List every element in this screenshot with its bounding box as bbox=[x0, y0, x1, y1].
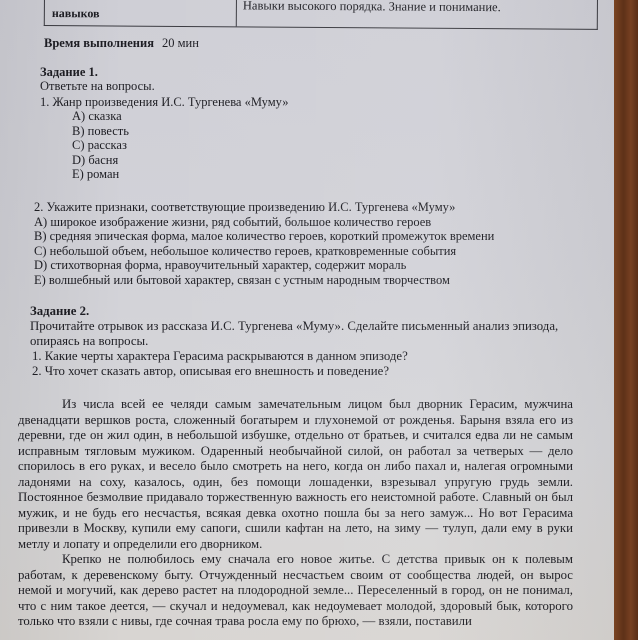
task1-question1: 1. Жанр произведения И.С. Тургенева «Мум… bbox=[40, 95, 288, 110]
completion-time-label: Время выполнения bbox=[44, 36, 154, 50]
completion-time-value: 20 мин bbox=[162, 36, 199, 50]
option-c: C) рассказ bbox=[72, 138, 129, 153]
task2-question-2: 2. Что хочет сказать автор, описывая его… bbox=[30, 364, 590, 379]
option-e: E) волшебный или бытовой характер, связа… bbox=[34, 273, 494, 288]
option-b: B) средняя эпическая форма, малое количе… bbox=[34, 229, 494, 244]
paragraph: Из числа всей ее челяди самым замечатель… bbox=[18, 397, 573, 552]
task1-instruction: Ответьте на вопросы. bbox=[40, 79, 155, 94]
option-d: D) стихотворная форма, нравоучительный х… bbox=[34, 258, 494, 273]
document-page: навыков Навыки высокого порядка. Знание … bbox=[0, 0, 616, 640]
option-c: C) небольшой объем, небольшое количество… bbox=[34, 244, 494, 259]
question1-options: A) сказка B) повесть C) рассказ D) басня… bbox=[72, 109, 129, 182]
option-b: B) повесть bbox=[72, 124, 129, 139]
option-a: A) сказка bbox=[72, 109, 129, 124]
completion-time: Время выполнения20 мин bbox=[44, 36, 199, 51]
task1-question2: 2. Укажите признаки, соответствующие про… bbox=[34, 200, 494, 288]
wooden-table-surface bbox=[614, 0, 638, 640]
task2-question-1: 1. Какие черты характера Герасима раскры… bbox=[30, 349, 590, 364]
skills-table: навыков Навыки высокого порядка. Знание … bbox=[44, 0, 598, 30]
task2: Задание 2. Прочитайте отрывок из рассказ… bbox=[30, 304, 590, 379]
task2-title: Задание 2. bbox=[30, 304, 590, 319]
story-excerpt: Из числа всей ее челяди самым замечатель… bbox=[18, 397, 573, 630]
paragraph: Крепко не полюбилось ему сначала его нов… bbox=[18, 552, 573, 630]
task1-title: Задание 1. bbox=[40, 65, 98, 80]
table-right-cell: Навыки высокого порядка. Знание и понима… bbox=[237, 0, 597, 29]
task2-instruction: Прочитайте отрывок из рассказа И.С. Тург… bbox=[30, 319, 590, 349]
option-a: A) широкое изображение жизни, ряд событи… bbox=[34, 215, 494, 230]
table-left-cell: навыков bbox=[45, 0, 237, 26]
option-d: D) басня bbox=[72, 153, 129, 168]
option-e: E) роман bbox=[72, 167, 129, 182]
question2-text: 2. Укажите признаки, соответствующие про… bbox=[34, 200, 494, 215]
